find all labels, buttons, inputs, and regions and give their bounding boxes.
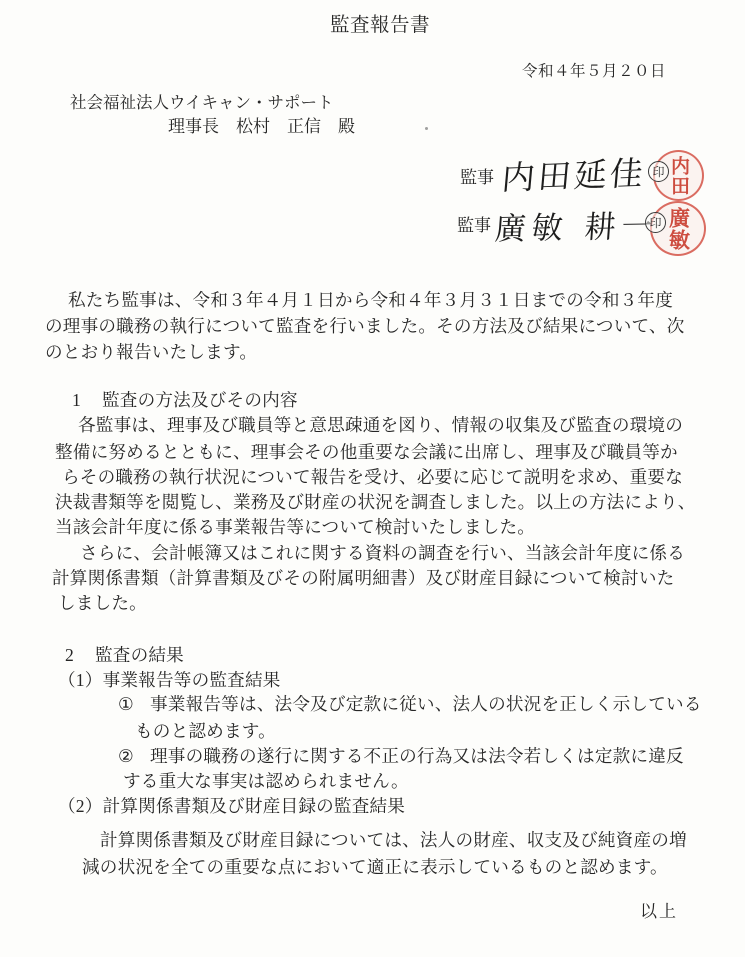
seal-in-mark-icon: 印 [648,161,669,182]
subsection2-row: （2）計算関係書類及び財産目録の監査結果 [58,796,405,816]
report-title: 監査報告書 [330,9,430,37]
seal-in-mark-icon: 印 [645,212,666,233]
intro-line: の理事の職務の執行について監査を行いました。その方法及び結果について、次 [45,316,685,336]
section1-line: 各監事は、理事及び職員等と意思疎通を図り、情報の収集及び監査の環境の [78,415,683,435]
subsection2-line: 計算関係書類及び財産目録については、法人の財産、収支及び純資産の増 [100,830,687,850]
section1-number: 1 [72,390,81,410]
section1-line: 整備に努めるとともに、理事会その他重要な会議に出席し、理事及び職員等か [55,442,678,462]
subsection1-row: （1）事業報告等の監査結果 [58,670,281,690]
auditor-role-label: 監事 [457,211,491,236]
auditor-signature: 内田延佳 [500,147,648,199]
scan-artifact-dot [425,127,428,130]
section1-line: しました。 [58,593,147,613]
organization-name: 社会福祉法人ウイキャン・サポート [70,89,334,113]
auditor-role-label: 監事 [460,163,494,188]
addressee: 理事長 松村 正信 殿 [168,112,355,137]
section1-line: 決裁書類等を閲覧し、業務及び財産の状況を調査しました。以上の方法により、 [55,492,696,512]
subsection2-line: 減の状況を全ての重要な点において適正に表示しているものと認めます。 [82,857,668,877]
section2-heading: 監査の結果 [95,645,184,665]
seal-characters: 内田 [669,156,688,196]
item-marker: ② [118,746,134,766]
subsection2-heading: 計算関係書類及び財産目録の監査結果 [103,796,406,816]
section1-line: 当該会計年度に係る事業報告等について検討いたしました。 [55,517,535,537]
subsection1-label: （1） [58,670,103,690]
intro-line: のとおり報告いたします。 [45,342,257,362]
section1-line: らその職務の執行状況について報告を受け、必要に応じて説明を求め、重要な [62,467,683,487]
section1-line: 計算関係書類（計算書類及びその附属明細書）及び財産目録について検討いた [52,568,674,588]
item-line: する重大な事実は認められません。 [123,771,409,791]
item-line: 事業報告等は、法令及び定款に従い、法人の状況を正しく示している [150,694,702,714]
item-line: ものと認めます。 [135,721,276,741]
section2-number: 2 [65,645,74,665]
section1-heading: 監査の方法及びその内容 [102,390,298,410]
audit-report-page: 監査報告書 令和４年５月２０日 社会福祉法人ウイキャン・サポート 理事長 松村 … [0,0,745,957]
item-line: 理事の職務の遂行に関する不正の行為又は法令若しくは定款に違反 [150,746,684,766]
subsection2-label: （2） [58,796,103,816]
auditor-signature: 廣敏 耕一 [493,201,660,249]
seal-characters: 廣敏 [668,207,689,251]
item-marker: ① [118,694,134,714]
report-date: 令和４年５月２０日 [522,59,666,81]
closing-ijou: 以上 [640,897,678,922]
section1-line: さらに、会計帳簿又はこれに関する資料の調査を行い、当該会計年度に係る [80,543,685,563]
intro-line: 私たち監事は、令和３年４月１日から令和４年３月３１日までの令和３年度 [68,290,673,310]
subsection1-heading: 事業報告等の監査結果 [103,670,281,690]
